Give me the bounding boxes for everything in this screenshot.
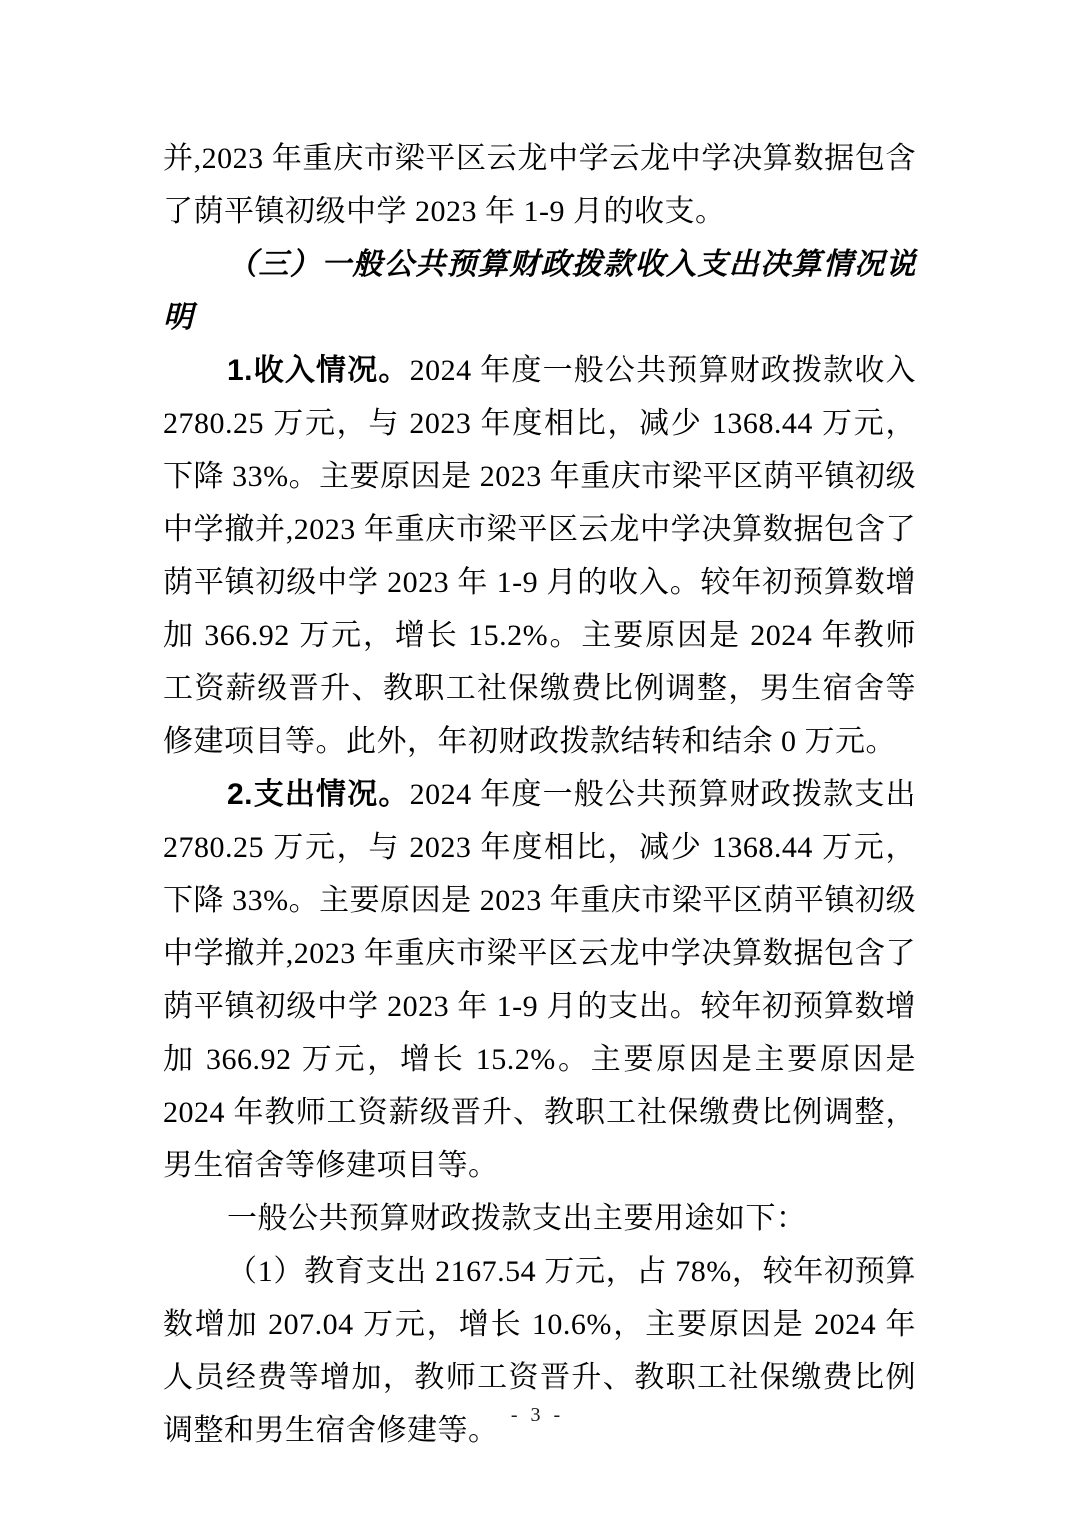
page-number: - 3 - <box>0 1400 1075 1430</box>
paragraph-continuation: 并,2023 年重庆市梁平区云龙中学云龙中学决算数据包含了荫平镇初级中学 202… <box>163 132 916 238</box>
income-body-text: 2024 年度一般公共预算财政拨款收入 2780.25 万元，与 2023 年度… <box>163 354 916 758</box>
paragraph-usage-intro: 一般公共预算财政拨款支出主要用途如下： <box>163 1192 916 1245</box>
expense-body-text: 2024 年度一般公共预算财政拨款支出 2780.25 万元，与 2023 年度… <box>163 778 916 1182</box>
paragraph-expense: 2.支出情况。2024 年度一般公共预算财政拨款支出 2780.25 万元，与 … <box>163 768 916 1192</box>
document-page: 并,2023 年重庆市梁平区云龙中学云龙中学决算数据包含了荫平镇初级中学 202… <box>0 0 1075 1520</box>
section-heading: （三）一般公共预算财政拨款收入支出决算情况说明 <box>163 238 916 344</box>
expense-lead-bold: 2.支出情况。 <box>227 778 410 811</box>
income-lead-bold: 1.收入情况。 <box>227 354 410 387</box>
paragraph-income: 1.收入情况。2024 年度一般公共预算财政拨款收入 2780.25 万元，与 … <box>163 344 916 768</box>
page-body-text: 并,2023 年重庆市梁平区云龙中学云龙中学决算数据包含了荫平镇初级中学 202… <box>163 132 916 1457</box>
